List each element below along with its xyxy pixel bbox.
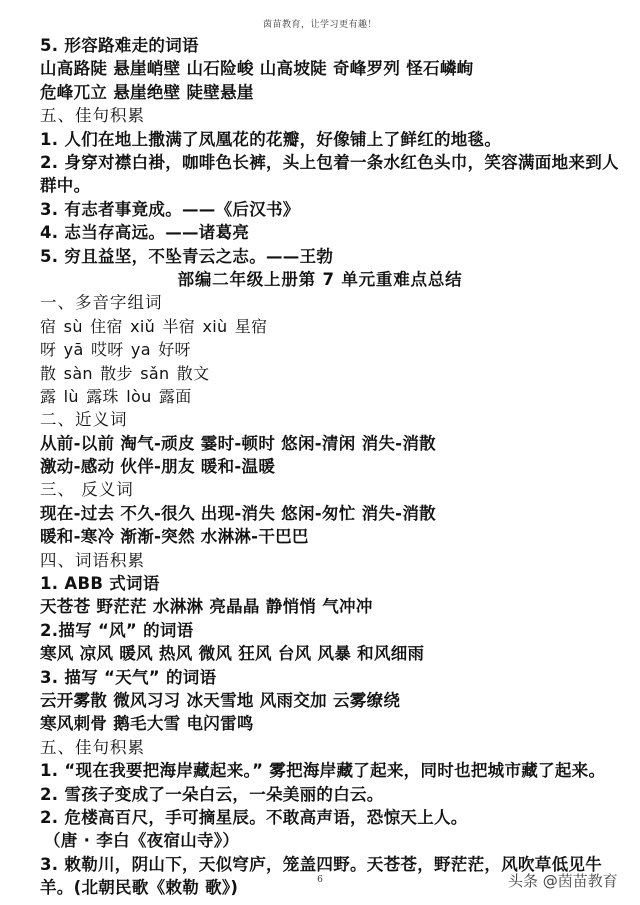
polyphone-row: 露 lù 露珠 lòu 露面 [40,385,620,408]
sentence-item: 4. 志当存高远。——诸葛亮 [40,221,620,244]
sentence-item: 2. 雪孩子变成了一朵白云，一朵美丽的白云。 [40,783,620,806]
word-list-line: 云开雾散 微风习习 冰天雪地 风雨交加 云雾缭绕 [40,689,620,712]
page-header: 茵苗教育，让学习更有趣！ [0,17,640,30]
word-list-line: 寒风刺骨 鹅毛大雪 电闪雷鸣 [40,712,620,735]
section-heading: 五、佳句积累 [40,104,620,127]
synonym-row: 从前-以前 淘气-顽皮 霎时-顿时 悠闲-清闲 消失-消散 [40,432,620,455]
antonym-row: 现在-过去 不久-很久 出现-消失 悠闲-匆忙 消失-消散 [40,502,620,525]
antonym-row: 暖和-寒冷 渐渐-突然 水淋淋-干巴巴 [40,525,620,548]
sentence-item: 5. 穷且益坚，不坠青云之志。——王勃 [40,245,620,268]
word-list-line: 危峰兀立 悬崖绝壁 陡壁悬崖 [40,81,620,104]
word-list-line: 寒风 凉风 暖风 热风 微风 狂风 台风 风暴 和风细雨 [40,642,620,665]
section-heading: 五、佳句积累 [40,736,620,759]
sentence-item: 2. 身穿对襟白褂，咖啡色长裤，头上包着一条水红色头巾，笑容满面地来到人群中。 [40,151,620,198]
document-body: 5. 形容路难走的词语 山高路陡 悬崖峭壁 山石险峻 山高坡陡 奇峰罗列 怪石嶙… [40,34,620,900]
subsection-title: 5. 形容路难走的词语 [40,34,620,57]
sentence-item: 1. 人们在地上撒满了凤凰花的花瓣，好像铺上了鲜红的地毯。 [40,128,620,151]
polyphone-row: 散 sàn 散步 sǎn 散文 [40,362,620,385]
word-list-line: 山高路陡 悬崖峭壁 山石险峻 山高坡陡 奇峰罗列 怪石嶙峋 [40,57,620,80]
watermark: 头条 @茵苗教育 [508,870,618,891]
subsection-title: 3. 描写 “天气” 的词语 [40,666,620,689]
section-heading: 二、近义词 [40,408,620,431]
citation-line: （唐 · 李白《夜宿山寺》） [40,829,620,852]
subsection-title: 1. ABB 式词语 [40,572,620,595]
synonym-row: 激动-感动 伙伴-朋友 暖和-温暖 [40,455,620,478]
word-list-line: 天苍苍 野茫茫 水淋淋 亮晶晶 静悄悄 气冲冲 [40,595,620,618]
sentence-item: 2. 危楼高百尺，手可摘星辰。不敢高声语，恐惊天上人。 [40,806,620,829]
polyphone-row: 呀 yā 哎呀 ya 好呀 [40,338,620,361]
sentence-item: 3. 有志者事竟成。——《后汉书》 [40,198,620,221]
section-heading: 一、多音字组词 [40,291,620,314]
subsection-title: 2.描写 “风” 的词语 [40,619,620,642]
section-heading: 三、 反义词 [40,478,620,501]
section-heading: 四、词语积累 [40,549,620,572]
unit-title: 部编二年级上册第 7 单元重难点总结 [40,268,600,291]
sentence-item: 1. “现在我要把海岸藏起来。” 雾把海岸藏了起来，同时也把城市藏了起来。 [40,759,620,782]
polyphone-row: 宿 sù 住宿 xiǔ 半宿 xiù 星宿 [40,315,620,338]
